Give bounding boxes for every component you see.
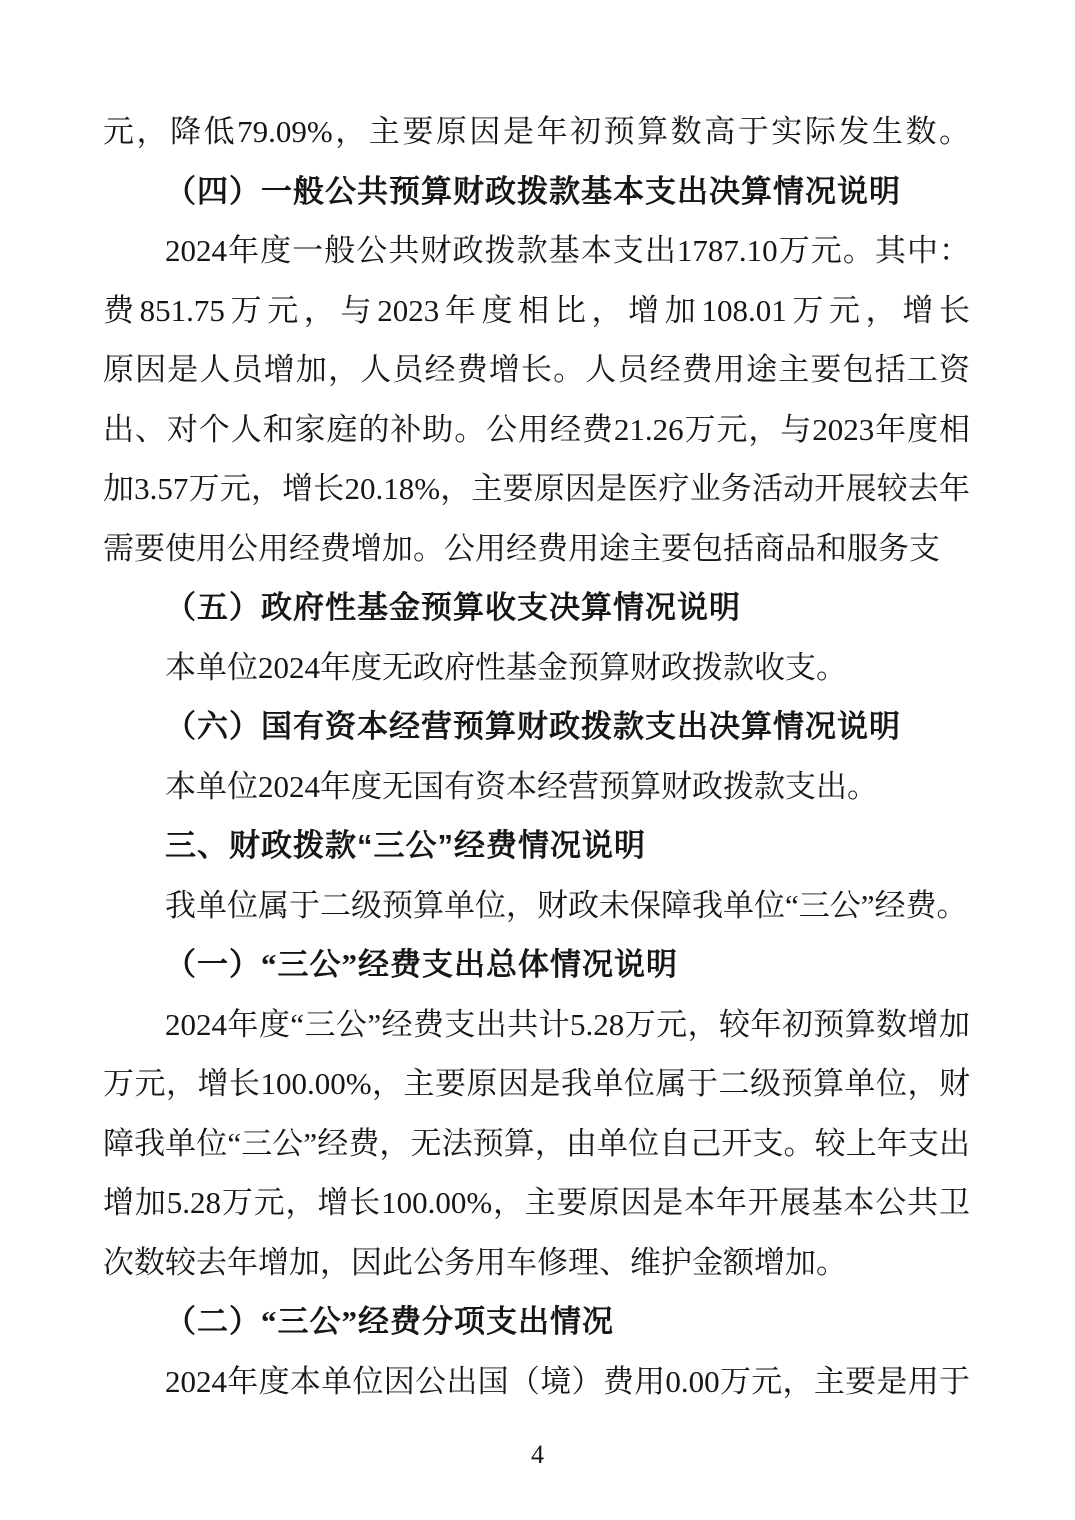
text-line: 增加5.28万元，增长100.00%，主要原因是本年开展基本公共卫生服务: [103, 1181, 970, 1225]
text-line: 出、对个人和家庭的补助。公用经费21.26万元，与2023年度相比，增: [103, 408, 970, 452]
section-heading-five: （五）政府性基金预算收支决算情况说明: [103, 586, 970, 630]
text-line: 需要使用公用经费增加。公用经费用途主要包括商品和服务支出。: [103, 527, 970, 571]
text-line: 我单位属于二级预算单位，财政未保障我单位“三公”经费。: [103, 884, 970, 928]
text-line: 次数较去年增加，因此公务用车修理、维护金额增加。: [103, 1241, 970, 1285]
page-number: 4: [0, 1438, 1075, 1472]
text-line: 本单位2024年度无国有资本经营预算财政拨款支出。: [103, 765, 970, 809]
section-heading-two: （二）“三公”经费分项支出情况: [103, 1300, 970, 1344]
text-line: 原因是人员增加，人员经费增长。人员经费用途主要包括工资福利支: [103, 348, 970, 392]
text-line: 障我单位“三公”经费，无法预算，由单位自己开支。较上年支出数: [103, 1122, 970, 1166]
chapter-heading-three: 三、财政拨款“三公”经费情况说明: [103, 824, 970, 868]
document-page: 元，降低79.09%，主要原因是年初预算数高于实际发生数。 （四）一般公共预算财…: [0, 0, 1075, 1520]
text-line: 2024年度本单位因公出国（境）费用0.00万元，主要是用于因公出: [103, 1360, 970, 1404]
text-line: 费851.75万元，与2023年度相比，增加108.01万元，增长14.52%，…: [103, 289, 970, 333]
text-line: 万元，增长100.00%，主要原因是我单位属于二级预算单位，财政未保: [103, 1062, 970, 1106]
text-line: 本单位2024年度无政府性基金预算财政拨款收支。: [103, 646, 970, 690]
text-line: 2024年度“三公”经费支出共计5.28万元，较年初预算数增加5.28: [103, 1003, 970, 1047]
section-heading-one: （一）“三公”经费支出总体情况说明: [103, 943, 970, 987]
text-line: 加3.57万元，增长20.18%，主要原因是医疗业务活动开展较去年增加，: [103, 467, 970, 511]
section-heading-six: （六）国有资本经营预算财政拨款支出决算情况说明: [103, 705, 970, 749]
section-heading-four: （四）一般公共预算财政拨款基本支出决算情况说明: [103, 170, 970, 214]
text-line: 2024年度一般公共财政拨款基本支出1787.10万元。其中：人员经: [103, 229, 970, 273]
text-line: 元，降低79.09%，主要原因是年初预算数高于实际发生数。: [103, 110, 970, 154]
